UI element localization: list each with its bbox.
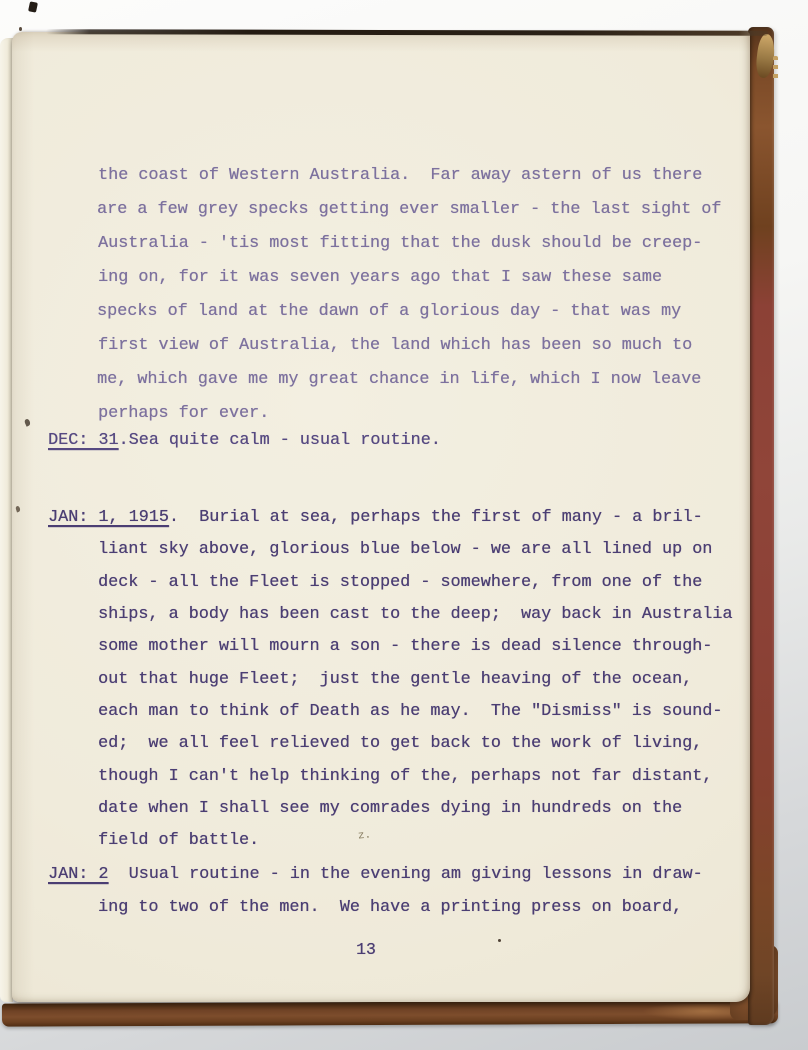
diary-line: field of battle. [98, 830, 259, 852]
diary-line: the coast of Western Australia. Far away… [98, 165, 702, 187]
diary-line: out that huge Fleet; just the gentle hea… [98, 669, 692, 691]
diary-line: perhaps for ever. [98, 403, 269, 425]
entry-date-label: DEC: 31 [48, 431, 119, 450]
diary-line: me, which gave me my great chance in lif… [97, 369, 701, 391]
entry-text: Sea quite calm - usual routine. [129, 431, 441, 450]
diary-line: ships, a body has been cast to the deep;… [98, 604, 732, 626]
diary-line: DEC: 31.Sea quite calm - usual routine. [48, 430, 441, 452]
page-number: 13 [356, 940, 376, 959]
diary-line: JAN: 1, 1915. Burial at sea, perhaps the… [48, 507, 703, 529]
diary-line: date when I shall see my comrades dying … [98, 798, 682, 820]
diary-line: liant sky above, glorious blue below - w… [98, 539, 712, 561]
diary-line: JAN: 2 Usual routine - in the evening am… [48, 864, 703, 886]
stray-typed-mark: z. [357, 829, 371, 842]
diary-line: first view of Australia, the land which … [98, 335, 692, 357]
entry-text: Burial at sea, perhaps the first of many… [199, 508, 703, 527]
diary-line: ed; we all feel relieved to get back to … [98, 733, 702, 755]
ink-speck [498, 939, 501, 942]
dust-speck [28, 1, 38, 12]
dust-speck [19, 27, 22, 31]
diary-line: though I can't help thinking of the, per… [98, 766, 712, 788]
entry-label-suffix: . [169, 508, 199, 527]
diary-line: ing on, for it was seven years ago that … [98, 267, 662, 289]
diary-line: each man to think of Death as he may. Th… [98, 701, 722, 723]
diary-line: deck - all the Fleet is stopped - somewh… [98, 572, 702, 594]
entry-label-suffix [108, 865, 128, 884]
diary-line: some mother will mourn a son - there is … [98, 636, 712, 658]
diary-line: Australia - 'tis most fitting that the d… [98, 233, 702, 255]
leather-tear-threads [773, 56, 778, 82]
diary-line: specks of land at the dawn of a glorious… [97, 301, 681, 323]
diary-line: ing to two of the men. We have a printin… [98, 897, 682, 919]
book-spine-leather [748, 27, 774, 1025]
diary-line: are a few grey specks getting ever small… [97, 199, 721, 221]
entry-label-suffix: . [119, 431, 129, 450]
entry-date-label: JAN: 2 [48, 865, 108, 884]
diary-scan: the coast of Western Australia. Far away… [0, 0, 808, 1050]
entry-text: Usual routine - in the evening am giving… [129, 865, 703, 884]
entry-date-label: JAN: 1, 1915 [48, 508, 169, 527]
